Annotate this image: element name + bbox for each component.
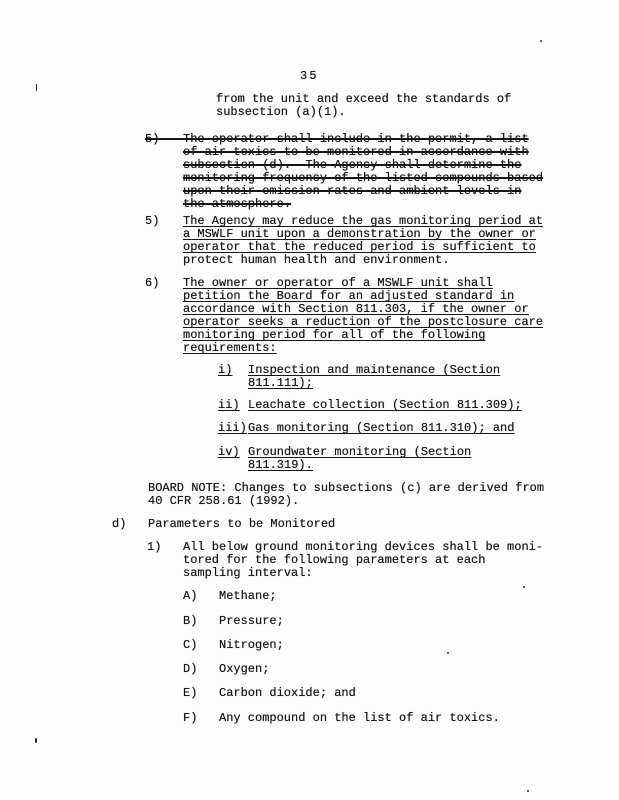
item-label: iii) (218, 422, 247, 435)
list-item-5-struck: 5) The operator shall include in the per… (145, 133, 543, 211)
strike-bridge (158, 138, 183, 140)
intro-paragraph: from the unit and exceed the standards o… (216, 93, 511, 119)
sub-item-ii: ii) Leachate collection (Section 811.309… (218, 399, 522, 412)
text-line: requirements: (183, 342, 543, 355)
param-item-c: C) Nitrogen; (183, 639, 284, 652)
text-line: Pressure; (219, 615, 284, 628)
item-label: ii) (218, 399, 240, 412)
page-number: 35 (300, 70, 318, 83)
text-line: Nitrogen; (219, 639, 284, 652)
param-item-f: F) Any compound on the list of air toxic… (183, 712, 500, 725)
item-label: C) (183, 639, 197, 652)
item-label: D) (183, 663, 197, 676)
scan-artifact (35, 738, 37, 743)
scan-artifact (540, 40, 542, 42)
param-item-a: A) Methane; (183, 590, 277, 603)
text-line: Oxygen; (219, 663, 269, 676)
param-item-b: B) Pressure; (183, 615, 284, 628)
list-item-1: 1) All below ground monitoring devices s… (147, 541, 543, 580)
scanned-document-page: 35 from the unit and exceed the standard… (0, 0, 619, 800)
sub-item-i: i) Inspection and maintenance (Section 8… (218, 364, 500, 390)
text-line: subsection (a)(1). (216, 106, 511, 119)
scan-artifact (523, 586, 525, 588)
text-line: 811.111); (248, 377, 500, 390)
text-line: Parameters to be Monitored (148, 518, 335, 531)
text-line: Any compound on the list of air toxics. (219, 712, 500, 725)
text-line: Leachate collection (Section 811.309); (248, 399, 522, 412)
item-label: iv) (218, 446, 240, 459)
text-line: the atmosphere. (183, 198, 543, 211)
scan-artifact (36, 84, 37, 91)
item-label: 5) (145, 215, 159, 228)
item-label: 6) (145, 277, 159, 290)
text-line: 811.319). (248, 459, 471, 472)
board-note: BOARD NOTE: Changes to subsections (c) a… (148, 482, 544, 508)
text-line: sampling interval: (183, 567, 543, 580)
item-label: A) (183, 590, 197, 603)
sub-item-iii: iii) Gas monitoring (Section 811.310); a… (218, 422, 514, 435)
item-label: F) (183, 712, 197, 725)
sub-item-iv: iv) Groundwater monitoring (Section 811.… (218, 446, 471, 472)
item-label: i) (218, 364, 232, 377)
list-item-6: 6) The owner or operator of a MSWLF unit… (145, 277, 543, 355)
item-label: d) (112, 518, 126, 531)
scan-artifact (527, 790, 529, 792)
scan-artifact (447, 652, 449, 654)
item-label: E) (183, 687, 197, 700)
text-line: Gas monitoring (Section 811.310); and (248, 422, 514, 435)
list-item-5: 5) The Agency may reduce the gas monitor… (145, 215, 543, 267)
text-line: protect human health and environment. (183, 254, 543, 267)
item-label: B) (183, 615, 197, 628)
item-label: 1) (147, 541, 161, 554)
text-line: Carbon dioxide; and (219, 687, 356, 700)
param-item-e: E) Carbon dioxide; and (183, 687, 356, 700)
param-item-d: D) Oxygen; (183, 663, 269, 676)
text-line: 40 CFR 258.61 (1992). (148, 495, 544, 508)
subsection-d: d) Parameters to be Monitored (112, 518, 335, 531)
text-line: Methane; (219, 590, 277, 603)
